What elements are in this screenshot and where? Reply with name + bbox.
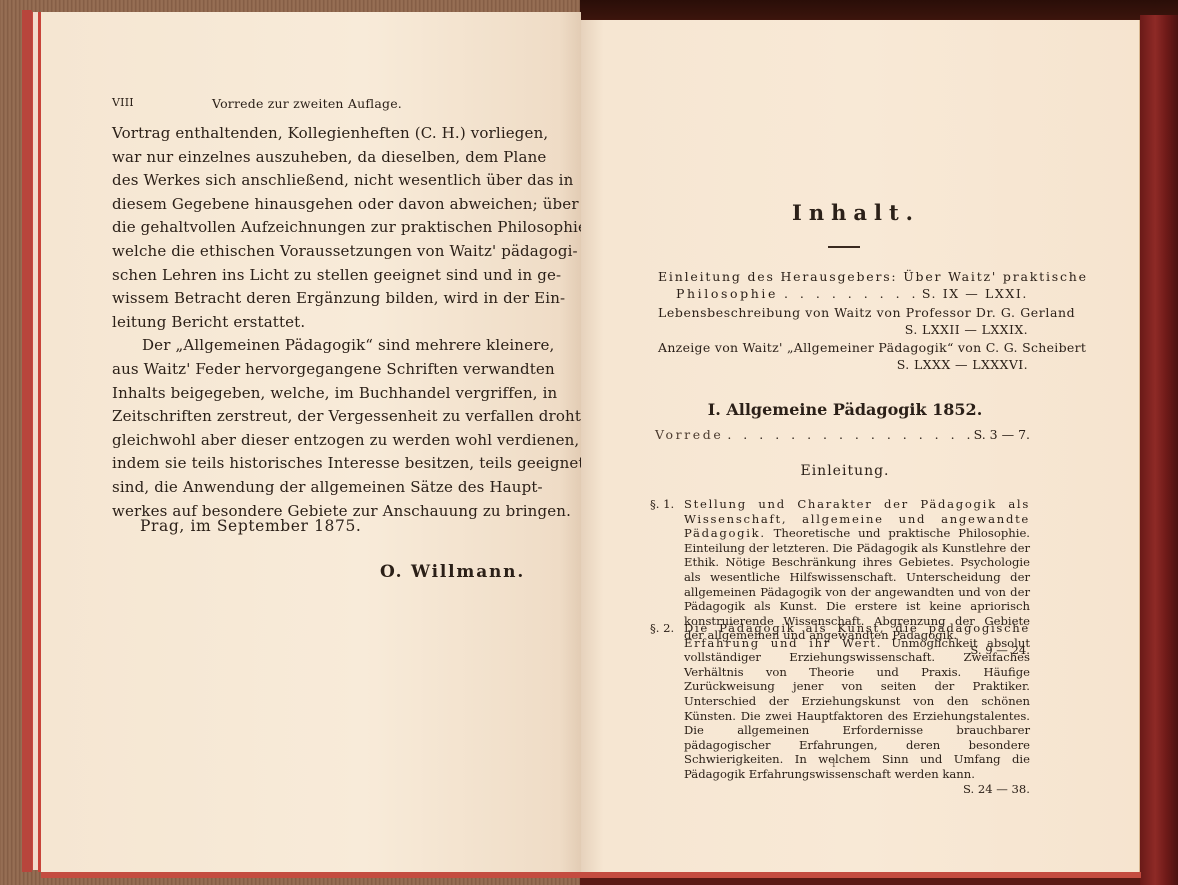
text-line: Inhalts beigegeben, welche, im Buchhande… (112, 382, 530, 406)
paragraph-text: Unmöglichkeit absolut vollständiger Erzi… (684, 636, 1030, 781)
toc-entry-pages: S. IX — LXXI. (922, 285, 1028, 302)
toc-entry-pages: S. LXXII — LXXIX. (658, 321, 1028, 338)
text-line: schen Lehren ins Licht zu stellen geeign… (112, 264, 530, 288)
preface-body: Vortrag enthaltenden, Kollegienheften (C… (112, 122, 530, 523)
text-line: wissem Betracht deren Ergänzung bilden, … (112, 287, 530, 311)
text-line: Der „Allgemeinen Pädagogik“ sind mehrere… (112, 334, 530, 358)
red-page-edge (22, 10, 32, 872)
running-head: VIII Vorrede zur zweiten Auflage. (112, 96, 532, 111)
section-heading: I. Allgemeine Pädagogik 1852. (660, 400, 1030, 419)
text-line: diesem Gegebene hinausgehen oder davon a… (112, 193, 530, 217)
text-line: Vortrag enthaltenden, Kollegienheften (C… (112, 122, 530, 146)
cover-edge-right (1140, 15, 1178, 885)
toc-title: Inhalt. (776, 200, 936, 225)
bottom-page-edge (41, 872, 1141, 878)
title-rule (828, 246, 860, 248)
toc-entry-pages: S. LXXX — LXXXVI. (658, 356, 1028, 373)
toc-entry-title: Lebensbeschreibung von Waitz von Profess… (658, 304, 1028, 321)
toc-entry: Anzeige von Waitz' „Allgemeiner Pädagogi… (658, 339, 1028, 373)
toc-entry-title: Vorrede (655, 427, 723, 442)
text-line: sind, die Anwendung der allgemeinen Sätz… (112, 476, 530, 500)
toc-paragraph: §. 2. Die Pädagogik als Kunst, die pädag… (650, 621, 1030, 796)
running-head-title: Vorrede zur zweiten Auflage. (212, 96, 402, 111)
text-line: gleichwohl aber dieser entzogen zu werde… (112, 429, 530, 453)
toc-entry: Einleitung des Herausgebers: Über Waitz'… (658, 268, 1028, 302)
printer-signature: I (832, 760, 836, 770)
place-date: Prag, im September 1875. (140, 517, 361, 535)
text-line: welche die ethischen Voraussetzungen von… (112, 240, 530, 264)
text-line: aus Waitz' Feder hervorgegangene Schrift… (112, 358, 530, 382)
toc-entry-title: Anzeige von Waitz' „Allgemeiner Pädagogi… (658, 339, 1028, 356)
dot-leader: . . . . . . . . . . . . . . . . . . . . … (723, 427, 973, 442)
page-number: VIII (112, 96, 212, 111)
dot-leader: . . . . . . . . . . . . . . . . . . . . … (778, 285, 922, 302)
text-line: war nur einzelnes auszuheben, da dieselb… (112, 146, 530, 170)
text-line: des Werkes sich anschließend, nicht wese… (112, 169, 530, 193)
author-signature: O. Willmann. (380, 562, 525, 582)
text-line: indem sie teils historisches Interesse b… (112, 452, 530, 476)
stray-mark: ˙ (566, 176, 571, 186)
toc-entry-vorrede: Vorrede . . . . . . . . . . . . . . . . … (655, 427, 1030, 442)
paragraph-pages: S. 24 — 38. (684, 782, 1030, 797)
text-line: leitung Bericht erstattet. (112, 311, 530, 335)
toc-entry: Lebensbeschreibung von Waitz von Profess… (658, 304, 1028, 338)
toc-entry-pages: S. 3 — 7. (974, 427, 1030, 442)
subsection-heading: Einleitung. (660, 463, 1030, 479)
text-line: die gehaltvollen Aufzeichnungen zur prak… (112, 216, 530, 240)
paragraph-number: §. 2. (650, 621, 684, 796)
text-line: Zeitschriften zerstreut, der Vergessenhe… (112, 405, 530, 429)
toc-entry-title: Einleitung des Herausgebers: Über Waitz'… (658, 268, 1028, 285)
toc-entry-subtitle: Philosophie (676, 285, 778, 302)
